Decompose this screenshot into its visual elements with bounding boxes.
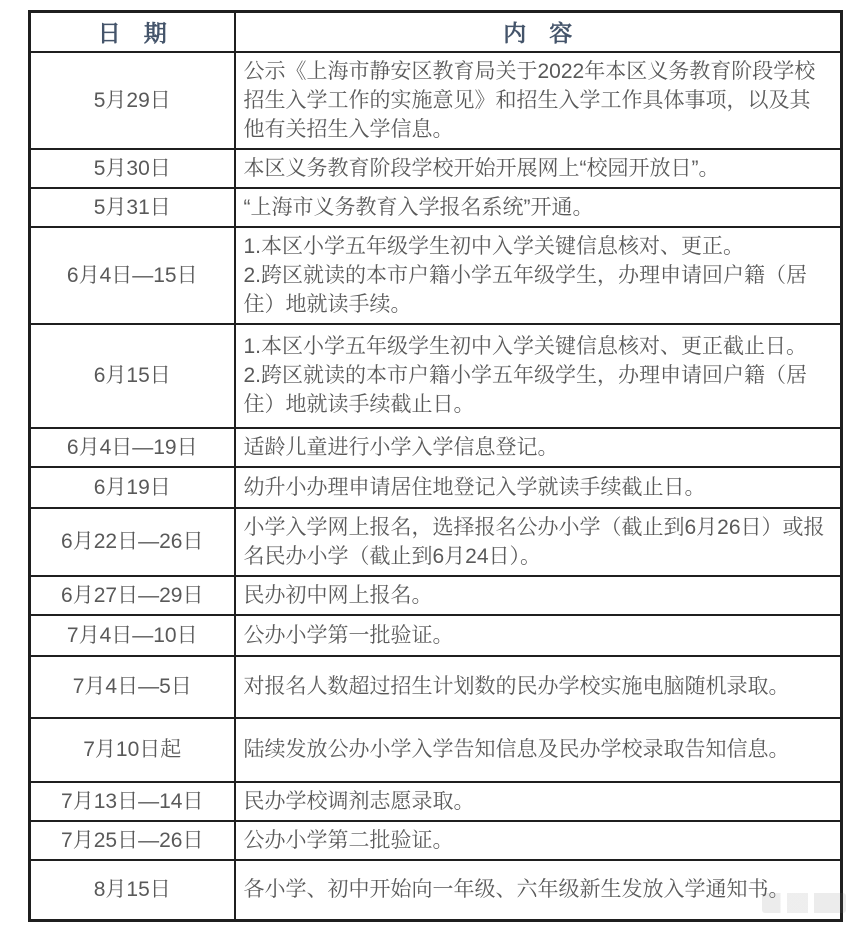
table-header-row: 日 期 内 容 (30, 12, 842, 52)
content-cell: 本区义务教育阶段学校开始开展网上“校园开放日”。 (235, 149, 842, 188)
content-cell: 民办初中网上报名。 (235, 576, 842, 615)
table-row: 7月13日—14日 民办学校调剂志愿录取。 (30, 782, 842, 821)
table-row: 6月19日 幼升小办理申请居住地登记入学就读手续截止日。 (30, 467, 842, 508)
date-cell: 6月4日—15日 (30, 227, 235, 324)
content-cell: 小学入学网上报名，选择报名公办小学（截止到6月26日）或报名民办小学（截止到6月… (235, 508, 842, 576)
table-row: 5月29日 公示《上海市静安区教育局关于2022年本区义务教育阶段学校招生入学工… (30, 52, 842, 149)
content-cell: 1.本区小学五年级学生初中入学关键信息核对、更正。 2.跨区就读的本市户籍小学五… (235, 227, 842, 324)
table-row: 6月4日—19日 适龄儿童进行小学入学信息登记。 (30, 428, 842, 467)
table-row: 7月10日起 陆续发放公办小学入学告知信息及民办学校录取告知信息。 (30, 718, 842, 782)
date-cell: 7月10日起 (30, 718, 235, 782)
content-cell: 对报名人数超过招生计划数的民办学校实施电脑随机录取。 (235, 656, 842, 718)
content-cell: 民办学校调剂志愿录取。 (235, 782, 842, 821)
table-row: 8月15日 各小学、初中开始向一年级、六年级新生发放入学通知书。 (30, 860, 842, 921)
date-cell: 5月31日 (30, 188, 235, 227)
table-row: 7月4日—5日 对报名人数超过招生计划数的民办学校实施电脑随机录取。 (30, 656, 842, 718)
content-cell: 幼升小办理申请居住地登记入学就读手续截止日。 (235, 467, 842, 508)
content-cell: 陆续发放公办小学入学告知信息及民办学校录取告知信息。 (235, 718, 842, 782)
date-cell: 5月29日 (30, 52, 235, 149)
table-row: 5月31日 “上海市义务教育入学报名系统”开通。 (30, 188, 842, 227)
date-cell: 6月19日 (30, 467, 235, 508)
date-cell: 6月27日—29日 (30, 576, 235, 615)
schedule-table: 日 期 内 容 5月29日 公示《上海市静安区教育局关于2022年本区义务教育阶… (28, 10, 843, 922)
content-cell: 各小学、初中开始向一年级、六年级新生发放入学通知书。 (235, 860, 842, 921)
content-cell: 公办小学第一批验证。 (235, 615, 842, 656)
date-cell: 7月4日—5日 (30, 656, 235, 718)
table-row: 7月4日—10日 公办小学第一批验证。 (30, 615, 842, 656)
header-content: 内 容 (235, 12, 842, 52)
date-cell: 7月4日—10日 (30, 615, 235, 656)
date-cell: 6月15日 (30, 324, 235, 428)
content-cell: “上海市义务教育入学报名系统”开通。 (235, 188, 842, 227)
table-row: 5月30日 本区义务教育阶段学校开始开展网上“校园开放日”。 (30, 149, 842, 188)
content-cell: 适龄儿童进行小学入学信息登记。 (235, 428, 842, 467)
table-row: 7月25日—26日 公办小学第二批验证。 (30, 821, 842, 860)
page: 日 期 内 容 5月29日 公示《上海市静安区教育局关于2022年本区义务教育阶… (0, 0, 854, 935)
content-cell: 公办小学第二批验证。 (235, 821, 842, 860)
date-cell: 6月4日—19日 (30, 428, 235, 467)
table-body: 5月29日 公示《上海市静安区教育局关于2022年本区义务教育阶段学校招生入学工… (30, 52, 842, 921)
header-date: 日 期 (30, 12, 235, 52)
date-cell: 8月15日 (30, 860, 235, 921)
date-cell: 7月13日—14日 (30, 782, 235, 821)
table-row: 6月15日 1.本区小学五年级学生初中入学关键信息核对、更正截止日。 2.跨区就… (30, 324, 842, 428)
table-row: 6月22日—26日 小学入学网上报名，选择报名公办小学（截止到6月26日）或报名… (30, 508, 842, 576)
content-cell: 公示《上海市静安区教育局关于2022年本区义务教育阶段学校招生入学工作的实施意见… (235, 52, 842, 149)
table-row: 6月4日—15日 1.本区小学五年级学生初中入学关键信息核对、更正。 2.跨区就… (30, 227, 842, 324)
content-cell: 1.本区小学五年级学生初中入学关键信息核对、更正截止日。 2.跨区就读的本市户籍… (235, 324, 842, 428)
date-cell: 7月25日—26日 (30, 821, 235, 860)
table-row: 6月27日—29日 民办初中网上报名。 (30, 576, 842, 615)
date-cell: 5月30日 (30, 149, 235, 188)
date-cell: 6月22日—26日 (30, 508, 235, 576)
